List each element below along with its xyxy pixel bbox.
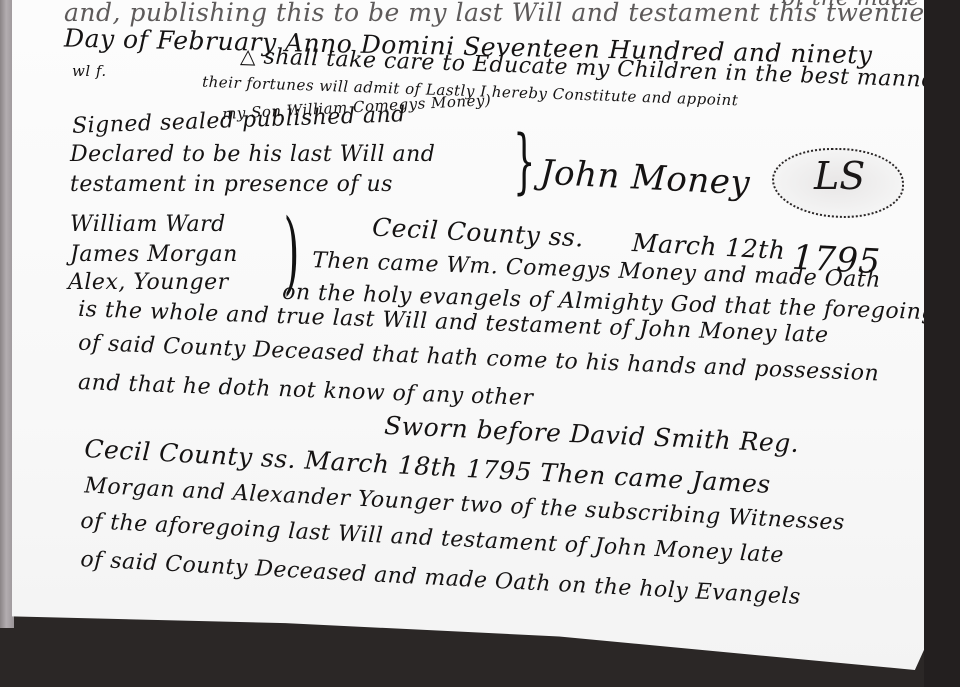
text-line: Signed sealed published and (72, 102, 407, 139)
seal-monogram: LS (814, 154, 865, 198)
text-line: and that he doth not know of any other (78, 370, 534, 411)
testator-signature: John Money (539, 153, 751, 204)
probate-county: Cecil County ss. (371, 212, 584, 252)
witness-name: Alex, Younger (68, 270, 229, 295)
document-page: and, publishing this to be my last Will … (12, 0, 924, 670)
text-line: Declared to be his last Will and (70, 142, 435, 167)
insertion-caret-icon: △ (240, 44, 257, 69)
page-binding-edge (0, 0, 14, 628)
text-line: testament in presence of us (70, 172, 393, 197)
registrar-attestation: Sworn before David Smith Reg. (384, 411, 800, 458)
text-line: of the made (782, 0, 920, 11)
brace-icon: } (513, 120, 535, 202)
wax-seal: LS (772, 148, 904, 218)
scan-background-edge (924, 0, 960, 687)
witness-name: James Morgan (70, 242, 238, 267)
witness-name: William Ward (70, 212, 226, 237)
margin-note: wl f. (72, 62, 107, 80)
